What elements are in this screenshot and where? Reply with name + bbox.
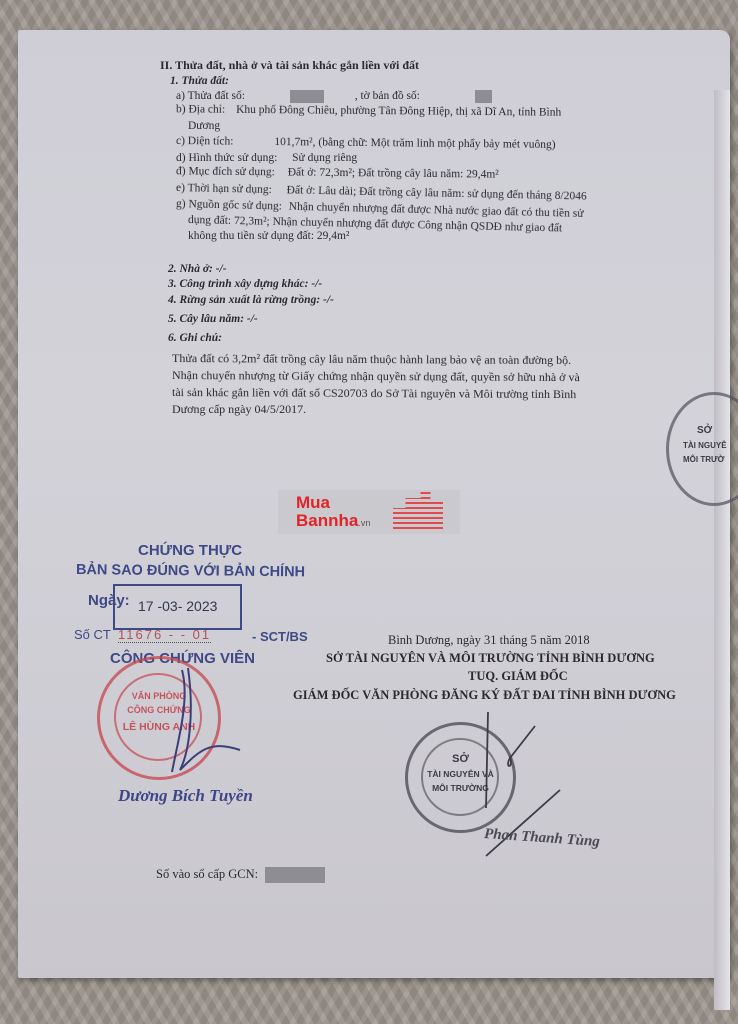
- purpose-value: Đất ở: 72,3m²; Đất trồng cây lâu năm: 29…: [288, 166, 499, 180]
- certification-title: CHỨNG THỰC: [138, 542, 242, 559]
- area-label: c) Diện tích:: [176, 135, 234, 148]
- notes-line: Dương cấp ngày 04/5/2017.: [172, 402, 306, 416]
- place-date: Bình Dương, ngày 31 tháng 5 năm 2018: [388, 633, 590, 647]
- certification-number-label: Số CT: [74, 628, 111, 642]
- address-label: b) Địa chỉ:: [176, 103, 225, 115]
- production-forest-item: 4. Rừng sản xuất là rừng trồng: -/-: [168, 293, 334, 307]
- other-construction-item: 3. Công trình xây dựng khác: -/-: [168, 277, 322, 291]
- parcel-label: a) Thửa đất số:: [176, 90, 245, 102]
- perennial-trees-item: 5. Cây lâu năm: -/-: [168, 312, 258, 326]
- parcel-number-redacted: [290, 90, 324, 103]
- notary-signature-stroke: [170, 660, 270, 780]
- notes-line: Nhận chuyển nhượng từ Giấy chứng nhận qu…: [172, 368, 580, 384]
- house-item: 2. Nhà ở: -/-: [168, 262, 227, 276]
- notes-line: tài sản khác gắn liền với đất số CS20703…: [172, 385, 576, 401]
- notary-signature: Dương Bích Tuyền: [118, 786, 253, 806]
- usage-form-value: Sử dụng riêng: [292, 152, 357, 164]
- certification-number-value: 11676 - - 01: [118, 628, 211, 643]
- land-heading: 1. Thửa đất:: [170, 74, 229, 88]
- watermark-line1: Mua: [296, 494, 370, 512]
- issuer-department: SỞ TÀI NGUYÊN VÀ MÔI TRƯỜNG TỈNH BÌNH DƯ…: [326, 651, 655, 665]
- watermark-logo: Mua Bannha.vn: [278, 490, 460, 534]
- map-sheet-redacted: [475, 90, 492, 103]
- registry-row: Số vào sổ cấp GCN:: [156, 867, 325, 883]
- usage-form-row: d) Hình thức sử dụng: Sử dụng riêng: [176, 151, 357, 165]
- section-title: II. Thửa đất, nhà ở và tài sản khác gắn …: [160, 58, 419, 72]
- issuer-on-behalf: TUQ. GIÁM ĐỐC: [468, 669, 568, 683]
- registry-number-redacted: [265, 867, 325, 883]
- origin-line3: không thu tiền sử dụng đất: 29,4m²: [188, 229, 349, 243]
- map-sheet-label: , tờ bản đồ số:: [355, 90, 420, 102]
- origin-label: g) Nguồn gốc sử dụng:: [176, 198, 282, 213]
- watermark-suffix: .vn: [358, 518, 370, 528]
- usage-form-label: d) Hình thức sử dụng:: [176, 152, 277, 164]
- next-page-edge: [714, 90, 730, 1010]
- watermark-text: Mua Bannha.vn: [296, 494, 370, 532]
- address-line2: Dương: [188, 119, 220, 133]
- term-label: e) Thời hạn sử dụng:: [176, 182, 272, 196]
- purpose-label: đ) Mục đích sử dụng:: [176, 165, 275, 178]
- certification-subtitle: BẢN SAO ĐÚNG VỚI BẢN CHÍNH: [76, 562, 305, 581]
- issuer-position: GIÁM ĐỐC VĂN PHÒNG ĐĂNG KÝ ĐẤT ĐAI TỈNH …: [293, 688, 676, 702]
- building-icon: [393, 492, 443, 532]
- address-value: Khu phố Đông Chiêu, phường Tân Đông Hiệp…: [236, 104, 561, 119]
- certification-date-value: 17 -03- 2023: [138, 598, 217, 615]
- parcel-row: a) Thửa đất số: , tờ bản đồ số:: [176, 89, 492, 103]
- watermark-line2: Bannha: [296, 511, 358, 530]
- notes-heading: 6. Ghi chú:: [168, 331, 222, 345]
- notes-line: Thửa đất có 3,2m² đất trồng cây lâu năm …: [172, 351, 571, 367]
- certification-number-suffix: - SCT/BS: [252, 630, 308, 644]
- registry-label: Số vào sổ cấp GCN:: [156, 867, 258, 881]
- area-value: 101,7m², (bằng chữ: Một trăm linh một ph…: [274, 136, 555, 151]
